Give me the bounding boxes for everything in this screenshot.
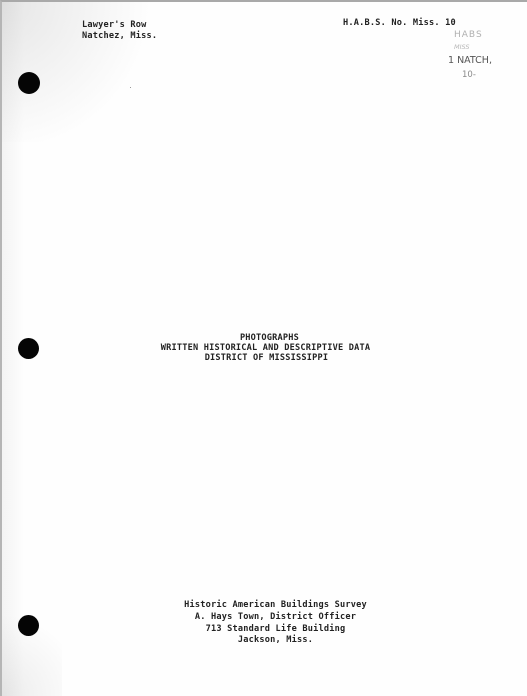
address-line: Natchez, Miss. [82,31,157,41]
footer-block: Historic American Buildings Survey A. Ha… [12,600,527,647]
handwritten-note: 10- [462,70,476,80]
handwritten-note: HABS [454,30,483,40]
title-line: WRITTEN HISTORICAL AND DESCRIPTIVE DATA [2,343,527,353]
title-line: DISTRICT OF MISSISSIPPI [4,353,527,363]
footer-line: Historic American Buildings Survey [12,600,527,612]
document-page: Lawyer's Row Natchez, Miss. H.A.B.S. No.… [0,0,527,696]
paper-speck [130,87,131,88]
footer-line: A. Hays Town, District Officer [12,612,527,624]
location-address: Lawyer's Row Natchez, Miss. [82,20,157,41]
footer-line: Jackson, Miss. [12,635,527,647]
handwritten-note: 1 NATCH, [448,55,492,66]
handwritten-note: MISS [454,43,470,51]
address-line: Lawyer's Row [82,20,147,30]
punch-hole-icon [18,72,40,94]
footer-line: 713 Standard Life Building [12,624,527,636]
title-block: PHOTOGRAPHS WRITTEN HISTORICAL AND DESCR… [2,333,527,363]
habs-number: H.A.B.S. No. Miss. 10 [343,18,456,29]
title-line: PHOTOGRAPHS [10,333,527,343]
